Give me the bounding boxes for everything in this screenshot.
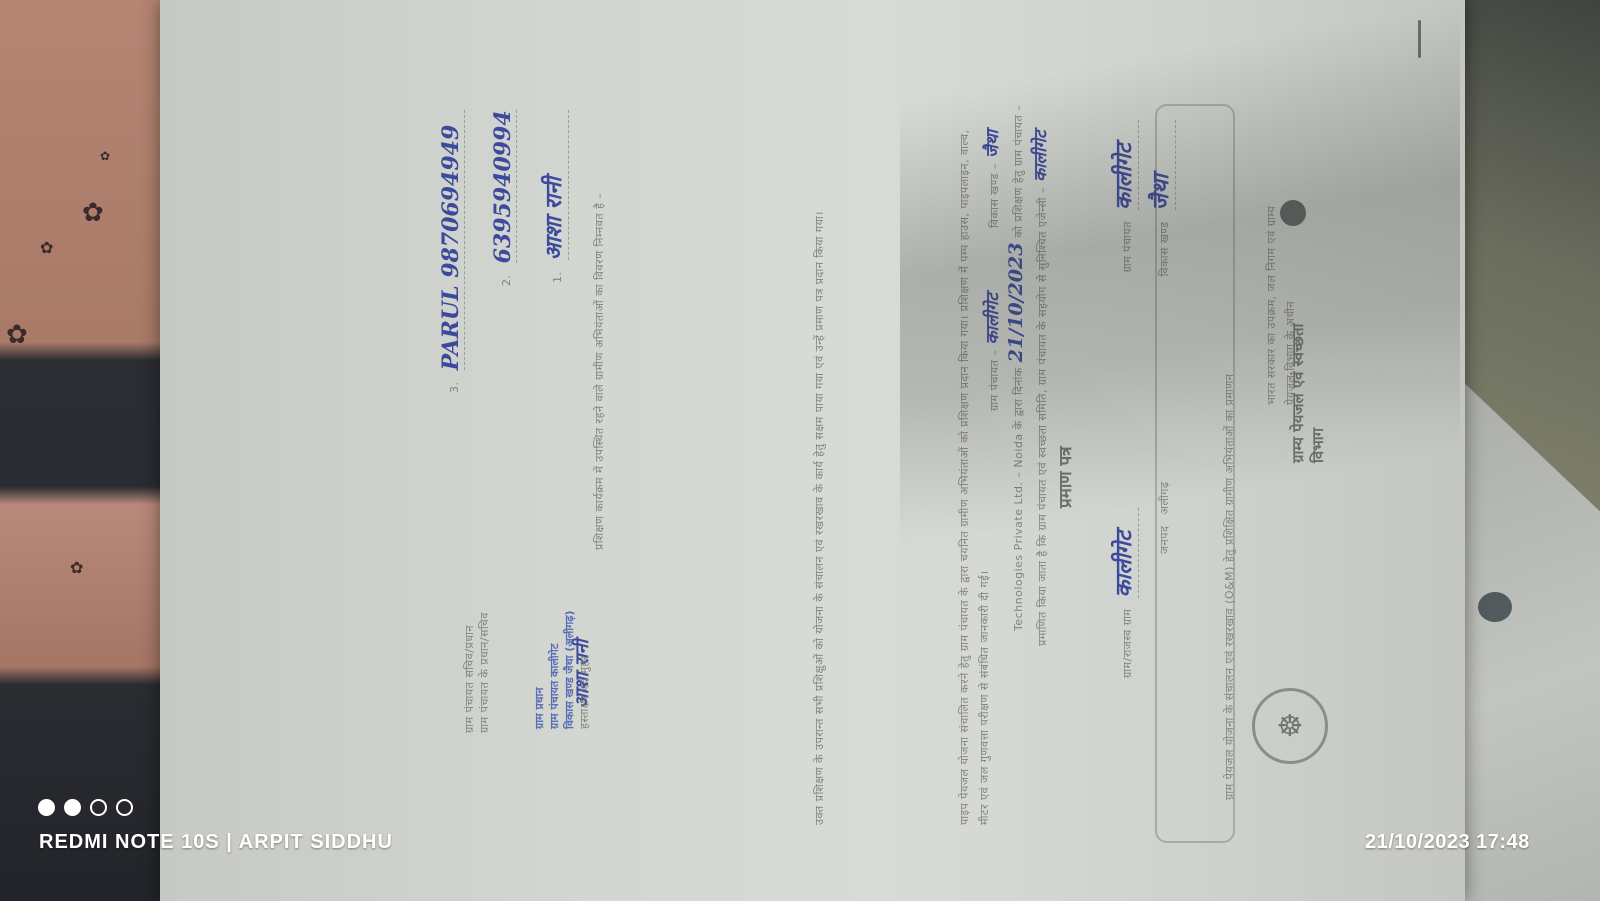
staple-mark bbox=[1418, 20, 1421, 58]
flower-pattern: ✿ bbox=[100, 150, 110, 162]
state-emblem: ☸ bbox=[1252, 688, 1328, 764]
document-sheet: ☸ ग्राम्य पेयजल एवं स्वच्छता विभाग भारत … bbox=[160, 0, 1465, 901]
watermark-dots bbox=[38, 799, 133, 816]
watermark-dot bbox=[64, 799, 81, 816]
signature-footer: ग्राम पंचायत सचिव/प्रधान ग्राम पंचायत के… bbox=[462, 612, 492, 733]
trainee-row: 3. PARUL 9870694949 bbox=[438, 110, 465, 393]
flower-pattern: ✿ bbox=[70, 560, 83, 576]
department-subheading: भारत सरकार का उपक्रम, जल निगम एवं ग्राम्… bbox=[1260, 200, 1298, 405]
background-fabric: ✿ ✿ ✿ ✿ ✿ bbox=[0, 0, 180, 901]
header-box-text: ग्राम पेयजल योजना के संचालन एवं रखरखाव (… bbox=[1222, 140, 1237, 800]
watermark-device: REDMI NOTE 10S | ARPIT SIDDHU bbox=[39, 831, 393, 854]
trainee-row: 2. 6395940994 bbox=[490, 110, 517, 286]
body-line-2: Technologies Private Ltd. – Noida के द्व… bbox=[1005, 105, 1027, 631]
body-paragraph-2: उक्त प्रशिक्षण के उपरान्त सभी प्रशिक्षुओ… bbox=[810, 105, 830, 825]
body-paragraph-3: प्रशिक्षण कार्यक्रम में उपस्थित रहने वाल… bbox=[590, 100, 610, 550]
district-field: जनपद अलीगढ़ विकास खण्ड जैथा bbox=[1145, 120, 1176, 554]
flower-pattern: ✿ bbox=[40, 240, 53, 256]
body-paragraph-1: पाइप पेयजल योजना संचालित करने हेतु ग्राम… bbox=[955, 105, 995, 825]
watermark-dot bbox=[116, 799, 133, 816]
watermark-dot bbox=[38, 799, 55, 816]
flower-pattern: ✿ bbox=[6, 322, 28, 348]
stamp-mark bbox=[1478, 592, 1512, 622]
flower-pattern: ✿ bbox=[82, 200, 104, 226]
official-stamp: ग्राम प्रधान ग्राम पंचायत कालीगेट विकास … bbox=[532, 611, 592, 730]
watermark-datetime: 21/10/2023 17:48 bbox=[1365, 831, 1530, 854]
watermark-dot bbox=[90, 799, 107, 816]
trainee-row: 1. आशा रानी bbox=[538, 110, 569, 283]
village-field: ग्राम/राजस्व ग्राम कालीगेट ग्राम पंचायत … bbox=[1108, 120, 1139, 678]
certificate-title: प्रमाण पत्र bbox=[1053, 447, 1076, 509]
body-line-1: प्रमाणित किया जाता है कि ग्राम पंचायत एव… bbox=[1028, 130, 1051, 646]
